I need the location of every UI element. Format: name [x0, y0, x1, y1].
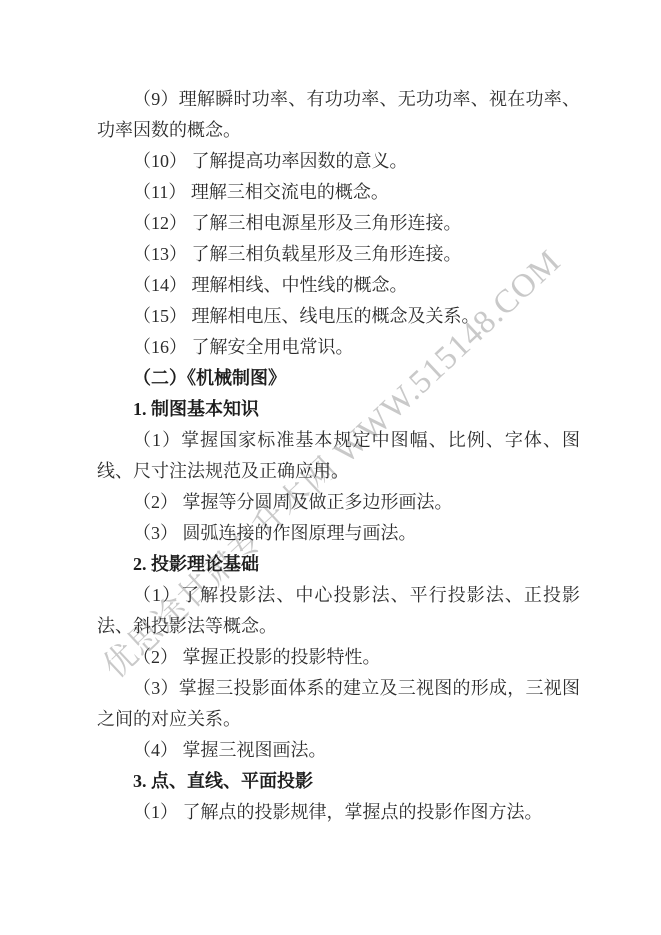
list-item: （15） 理解相电压、线电压的概念及关系。 — [97, 301, 580, 332]
list-item: （2） 掌握等分圆周及做正多边形画法。 — [97, 487, 580, 518]
list-item: （4） 掌握三视图画法。 — [97, 735, 580, 766]
list-item: （12） 了解三相电源星形及三角形连接。 — [97, 208, 580, 239]
document-page: 优思途甘肃专升本网 WWW.515148.COM （9）理解瞬时功率、有功功率、… — [0, 0, 661, 935]
list-item: （1） 了解点的投影规律，掌握点的投影作图方法。 — [97, 797, 580, 828]
list-item: （2） 掌握正投影的投影特性。 — [97, 642, 580, 673]
document-body: （9）理解瞬时功率、有功功率、无功功率、视在功率、功率因数的概念。 （10） 了… — [97, 84, 580, 828]
list-item: （14） 理解相线、中性线的概念。 — [97, 270, 580, 301]
section-heading: 1. 制图基本知识 — [97, 394, 580, 425]
section-heading: 3. 点、直线、平面投影 — [97, 766, 580, 797]
list-item: （3）掌握三投影面体系的建立及三视图的形成，三视图之间的对应关系。 — [97, 673, 580, 735]
section-heading: 2. 投影理论基础 — [97, 549, 580, 580]
list-item: （9）理解瞬时功率、有功功率、无功功率、视在功率、功率因数的概念。 — [97, 84, 580, 146]
list-item: （1）了解投影法、中心投影法、平行投影法、正投影法、斜投影法等概念。 — [97, 580, 580, 642]
list-item: （10） 了解提高功率因数的意义。 — [97, 146, 580, 177]
list-item: （11） 理解三相交流电的概念。 — [97, 177, 580, 208]
list-item: （1）掌握国家标准基本规定中图幅、比例、字体、图线、尺寸注法规范及正确应用。 — [97, 425, 580, 487]
list-item: （13） 了解三相负载星形及三角形连接。 — [97, 239, 580, 270]
section-heading: （二）《机械制图》 — [97, 363, 580, 394]
list-item: （16） 了解安全用电常识。 — [97, 332, 580, 363]
list-item: （3） 圆弧连接的作图原理与画法。 — [97, 518, 580, 549]
